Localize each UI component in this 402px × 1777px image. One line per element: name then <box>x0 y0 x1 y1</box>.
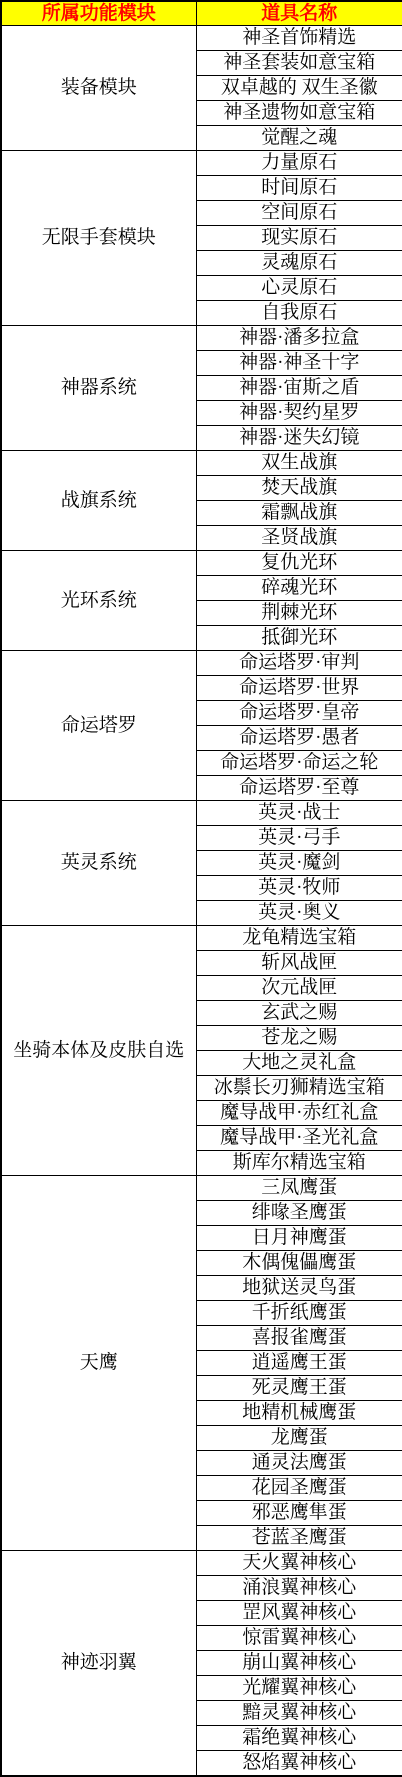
item-cell: 抵御光环 <box>196 626 402 651</box>
table-row: 装备模块神圣首饰精选 <box>1 26 402 51</box>
header-row: 所属功能模块 道具名称 <box>1 1 402 26</box>
item-cell: 龙龟精选宝箱 <box>196 926 402 951</box>
item-cell: 龙鹰蛋 <box>196 1426 402 1451</box>
item-cell: 通灵法鹰蛋 <box>196 1451 402 1476</box>
item-cell: 惊雷翼神核心 <box>196 1626 402 1651</box>
item-cell: 怒焰翼神核心 <box>196 1751 402 1777</box>
item-cell: 空间原石 <box>196 201 402 226</box>
module-cell: 战旗系统 <box>1 451 196 551</box>
table-row: 命运塔罗命运塔罗·审判 <box>1 651 402 676</box>
module-cell: 命运塔罗 <box>1 651 196 801</box>
item-cell: 命运塔罗·愚者 <box>196 726 402 751</box>
module-cell: 坐骑本体及皮肤自选 <box>1 926 196 1176</box>
item-cell: 木偶傀儡鹰蛋 <box>196 1251 402 1276</box>
item-cell: 魔导战甲·赤红礼盒 <box>196 1101 402 1126</box>
module-cell: 光环系统 <box>1 551 196 651</box>
item-cell: 灵魂原石 <box>196 251 402 276</box>
item-cell: 霜飘战旗 <box>196 501 402 526</box>
item-cell: 神圣套装如意宝箱 <box>196 51 402 76</box>
item-cell: 命运塔罗·命运之轮 <box>196 751 402 776</box>
item-cell: 斩风战匣 <box>196 951 402 976</box>
item-cell: 光耀翼神核心 <box>196 1676 402 1701</box>
item-cell: 三凤鹰蛋 <box>196 1176 402 1201</box>
item-cell: 神器·迷失幻镜 <box>196 426 402 451</box>
item-cell: 命运塔罗·皇帝 <box>196 701 402 726</box>
item-cell: 双生战旗 <box>196 451 402 476</box>
item-cell: 大地之灵礼盒 <box>196 1051 402 1076</box>
item-cell: 英灵·魔剑 <box>196 851 402 876</box>
module-cell: 无限手套模块 <box>1 151 196 326</box>
item-cell: 神器·潘多拉盒 <box>196 326 402 351</box>
item-cell: 冰鬃长刃狮精选宝箱 <box>196 1076 402 1101</box>
table-row: 无限手套模块力量原石 <box>1 151 402 176</box>
table-row: 坐骑本体及皮肤自选龙龟精选宝箱 <box>1 926 402 951</box>
item-cell: 英灵·战士 <box>196 801 402 826</box>
item-cell: 苍龙之赐 <box>196 1026 402 1051</box>
item-cell: 英灵·牧师 <box>196 876 402 901</box>
table-body: 装备模块神圣首饰精选神圣套装如意宝箱双卓越的 双生圣徽神圣遗物如意宝箱觉醒之魂无… <box>1 26 402 1777</box>
item-cell: 力量原石 <box>196 151 402 176</box>
item-cell: 焚天战旗 <box>196 476 402 501</box>
module-cell: 英灵系统 <box>1 801 196 926</box>
item-cell: 英灵·弓手 <box>196 826 402 851</box>
module-cell: 神迹羽翼 <box>1 1551 196 1777</box>
table-row: 战旗系统双生战旗 <box>1 451 402 476</box>
item-cell: 喜报雀鹰蛋 <box>196 1326 402 1351</box>
module-items-table: 所属功能模块 道具名称 装备模块神圣首饰精选神圣套装如意宝箱双卓越的 双生圣徽神… <box>0 0 402 1777</box>
item-cell: 命运塔罗·审判 <box>196 651 402 676</box>
item-cell: 崩山翼神核心 <box>196 1651 402 1676</box>
item-cell: 花园圣鹰蛋 <box>196 1476 402 1501</box>
item-cell: 觉醒之魂 <box>196 126 402 151</box>
item-cell: 神器·宙斯之盾 <box>196 376 402 401</box>
item-cell: 碎魂光环 <box>196 576 402 601</box>
item-cell: 神器·契约星罗 <box>196 401 402 426</box>
table-row: 神迹羽翼天火翼神核心 <box>1 1551 402 1576</box>
item-cell: 霜绝翼神核心 <box>196 1726 402 1751</box>
table-header: 所属功能模块 道具名称 <box>1 1 402 26</box>
item-cell: 命运塔罗·至尊 <box>196 776 402 801</box>
item-cell: 地狱送灵鸟蛋 <box>196 1276 402 1301</box>
item-cell: 苍蓝圣鹰蛋 <box>196 1526 402 1551</box>
table-row: 光环系统复仇光环 <box>1 551 402 576</box>
item-cell: 心灵原石 <box>196 276 402 301</box>
item-cell: 神圣遗物如意宝箱 <box>196 101 402 126</box>
item-cell: 绯喙圣鹰蛋 <box>196 1201 402 1226</box>
item-cell: 圣贤战旗 <box>196 526 402 551</box>
item-cell: 涌浪翼神核心 <box>196 1576 402 1601</box>
header-item-column: 道具名称 <box>196 1 402 26</box>
item-cell: 日月神鹰蛋 <box>196 1226 402 1251</box>
item-cell: 次元战匣 <box>196 976 402 1001</box>
item-cell: 逍遥鹰王蛋 <box>196 1351 402 1376</box>
table-row: 英灵系统英灵·战士 <box>1 801 402 826</box>
item-cell: 现实原石 <box>196 226 402 251</box>
item-cell: 神圣首饰精选 <box>196 26 402 51</box>
item-cell: 英灵·奥义 <box>196 901 402 926</box>
item-cell: 天火翼神核心 <box>196 1551 402 1576</box>
item-cell: 时间原石 <box>196 176 402 201</box>
module-cell: 装备模块 <box>1 26 196 151</box>
item-cell: 斯库尔精选宝箱 <box>196 1151 402 1176</box>
item-cell: 魔导战甲·圣光礼盒 <box>196 1126 402 1151</box>
table-row: 天鹰三凤鹰蛋 <box>1 1176 402 1201</box>
item-cell: 罡风翼神核心 <box>196 1601 402 1626</box>
module-cell: 天鹰 <box>1 1176 196 1551</box>
item-cell: 神器·神圣十字 <box>196 351 402 376</box>
item-cell: 双卓越的 双生圣徽 <box>196 76 402 101</box>
table-row: 神器系统神器·潘多拉盒 <box>1 326 402 351</box>
module-cell: 神器系统 <box>1 326 196 451</box>
item-cell: 复仇光环 <box>196 551 402 576</box>
item-cell: 地精机械鹰蛋 <box>196 1401 402 1426</box>
item-cell: 玄武之赐 <box>196 1001 402 1026</box>
header-module-column: 所属功能模块 <box>1 1 196 26</box>
item-cell: 邪恶鹰隼蛋 <box>196 1501 402 1526</box>
item-cell: 荆棘光环 <box>196 601 402 626</box>
item-cell: 死灵鹰王蛋 <box>196 1376 402 1401</box>
item-cell: 自我原石 <box>196 301 402 326</box>
item-cell: 千折纸鹰蛋 <box>196 1301 402 1326</box>
item-cell: 黯灵翼神核心 <box>196 1701 402 1726</box>
item-cell: 命运塔罗·世界 <box>196 676 402 701</box>
